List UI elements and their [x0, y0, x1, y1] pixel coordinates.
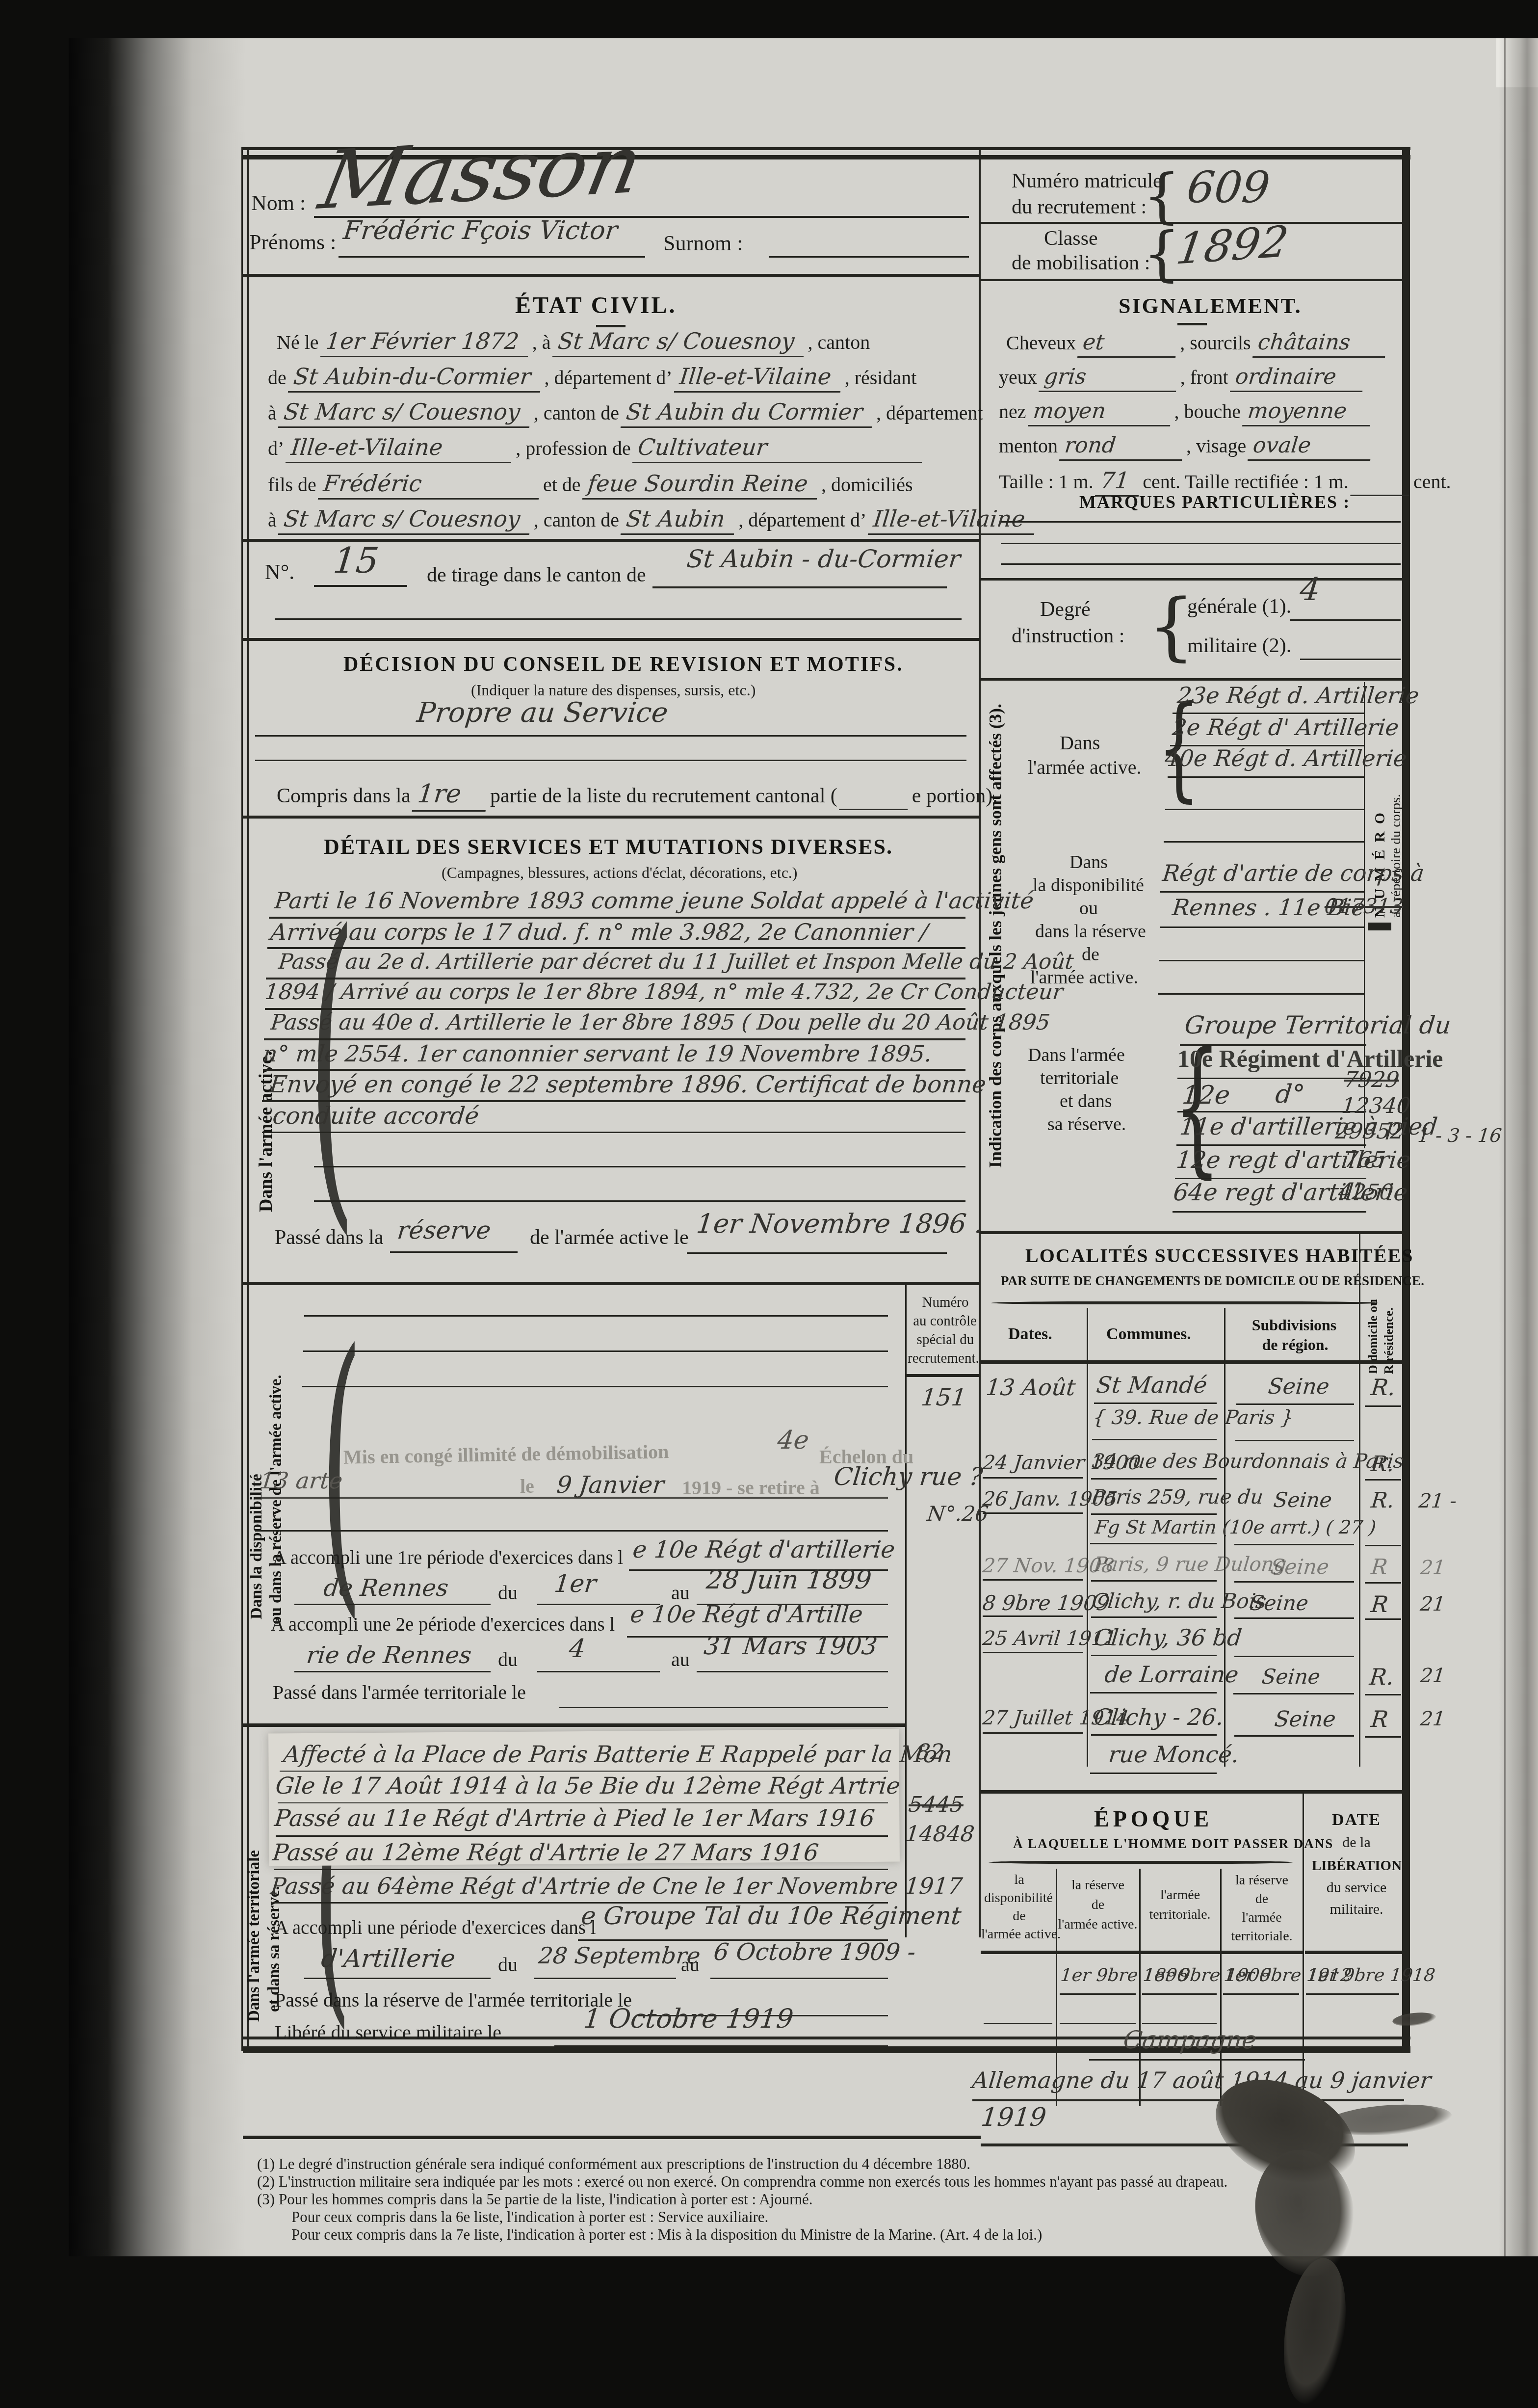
controle-5445: 5445	[907, 1792, 965, 1817]
localites-title: LOCALITÉS SUCCESSIVES HABITÉES	[1025, 1244, 1413, 1267]
degre-label1: Degré	[1040, 598, 1091, 621]
terr-le-label: Passé dans l'armée territoriale le	[273, 1681, 526, 1704]
controle-h2: au contrôle	[911, 1313, 979, 1329]
loc-r7-margin: 21	[1419, 1708, 1447, 1730]
classe-label2: de mobilisation :	[1012, 251, 1150, 275]
rule-line	[1177, 1078, 1366, 1079]
matricule-label: Numéro matricule	[1012, 169, 1162, 193]
indication-corps-vlabel: Indication des corps auxquels les jeunes…	[985, 687, 1006, 1168]
col-subdiv2: de région.	[1246, 1336, 1344, 1354]
ep-c1b: disponibilité	[981, 1890, 1056, 1906]
rule-line	[652, 586, 947, 588]
rule-line	[1223, 1993, 1299, 1995]
ep-c1c: de	[986, 1908, 1052, 1924]
ornament-brace	[989, 1861, 1293, 1864]
ep-c4a: la réserve	[1223, 1873, 1301, 1888]
rule-line	[1001, 521, 1401, 523]
services-l6: n° mle 2554. 1er canonnier servant le 19…	[261, 1040, 933, 1067]
rule-line	[905, 1374, 979, 1377]
loc-r7-addr: rue Moncé.	[1107, 1741, 1240, 1768]
controle-n26: N°.26	[926, 1502, 990, 1526]
controle-151: 151	[920, 1384, 968, 1411]
loc-r2-commune: 34 rue des Bourdonnais à Paris	[1091, 1450, 1405, 1473]
signalement-line: Cheveuxet, sourcilschâtains	[1003, 330, 1386, 358]
rule-line	[1091, 1655, 1217, 1656]
corps-terr-e1: Groupe Territorial du	[1183, 1011, 1453, 1039]
loc-r2-dr: R.	[1370, 1452, 1395, 1477]
rule-line	[243, 1282, 979, 1285]
prenoms-label: Prénoms :	[249, 230, 336, 255]
rule-line	[1290, 619, 1401, 621]
terr-vlabel1: Dans l'armée territoriale	[245, 1747, 263, 2022]
rule-line	[1094, 1402, 1217, 1404]
ep-c1a: la	[986, 1872, 1052, 1888]
rule-line	[255, 1530, 888, 1532]
loc-r7-subdiv: Seine	[1273, 1707, 1337, 1732]
loc-r7-dr: R	[1370, 1706, 1389, 1732]
col-dr1: D domicile ou	[1366, 1237, 1381, 1374]
rule-line	[1173, 1211, 1366, 1213]
prenoms-value: Frédéric Fçois Victor	[342, 216, 619, 245]
brace: {	[1143, 220, 1180, 288]
periode1-value: e 10e Régt d'artillerie	[631, 1536, 896, 1563]
rule-line	[255, 760, 966, 761]
loc-r6-margin: 21	[1419, 1665, 1447, 1687]
ink-blot	[1276, 2254, 1355, 2408]
au-label: au	[671, 1648, 690, 1671]
passe-reserve-label1: Passé dans la	[275, 1226, 384, 1249]
terr-s2: Gle le 17 Août 1914 à la 5e Bie du 12ème…	[274, 1773, 901, 1799]
periode1-lieu: de Rennes	[322, 1574, 450, 1602]
epoque-title: ÉPOQUE	[1094, 1806, 1213, 1832]
ep-c3b: territoriale.	[1141, 1907, 1219, 1923]
rule-line	[1365, 1479, 1401, 1481]
rule-line	[983, 1732, 1083, 1734]
decision-title: DÉCISION DU CONSEIL DE REVISION ET MOTIF…	[343, 653, 904, 676]
loc-r6-dr: R.	[1368, 1664, 1395, 1690]
col-dates: Dates.	[1008, 1325, 1052, 1344]
signalement-line: nezmoyen, bouchemoyenne	[996, 398, 1371, 426]
dispo-vlabel1: Dans la disponibilité	[247, 1296, 266, 1619]
rule-line	[1234, 1544, 1354, 1545]
loc-r5-margin: 21	[1419, 1593, 1447, 1615]
terr-periode-suite: d'Artillerie	[320, 1944, 457, 1973]
rule-line	[1234, 1656, 1354, 1657]
rule-line	[275, 618, 962, 620]
table-vline	[1087, 1308, 1088, 1767]
rule-line	[1233, 1693, 1354, 1694]
signalement-title: SIGNALEMENT.	[1119, 293, 1302, 318]
corps-terr-e3b: d°	[1274, 1080, 1306, 1109]
rule-line	[983, 1477, 1083, 1479]
campagne-value: Campagne	[1122, 2026, 1258, 2054]
tirage-no-value: 15	[332, 540, 381, 581]
corps-terr-e2-stamp: 10e Régiment d'Artillerie	[1177, 1044, 1443, 1073]
services-title: DÉTAIL DES SERVICES ET MUTATIONS DIVERSE…	[324, 834, 893, 859]
rule-line	[983, 1615, 1083, 1617]
rule-line	[984, 2023, 1052, 2024]
terr-periode-label: A accompli une période d'exercices dans …	[275, 1917, 596, 1939]
rule-line	[1158, 993, 1364, 995]
degre-label2: d'instruction :	[1012, 624, 1124, 648]
rule-line	[294, 1671, 491, 1672]
controle-82: 82	[915, 1740, 945, 1765]
loc-r1-dr: R.	[1370, 1374, 1397, 1401]
ep-c2b: de	[1059, 1897, 1137, 1913]
rule-line	[294, 1604, 491, 1605]
rule-line	[304, 1978, 491, 1979]
rule-line	[1160, 926, 1364, 928]
corps-active-e1: 23e Régt d. Artillerie	[1176, 682, 1420, 709]
loc-r5-subdiv: Seine	[1249, 1591, 1309, 1615]
rule-line	[1234, 1735, 1354, 1737]
loc-r1-commune: St Mandé	[1095, 1372, 1208, 1398]
periode2-lieu: rie de Rennes	[305, 1641, 473, 1669]
loc-r6-addr: de Lorraine	[1103, 1661, 1240, 1688]
rule-line	[1176, 1144, 1366, 1146]
book-gutter-shadow	[69, 38, 245, 2256]
rule-line	[983, 1579, 1083, 1581]
controle-14848: 14848	[904, 1822, 975, 1847]
nom-label: Nom :	[251, 190, 306, 215]
ep-c3a: l'armée	[1142, 1887, 1218, 1903]
terr-periode-value: e Groupe Tal du 10e Régiment	[580, 1902, 963, 1930]
tirage-no-label: N°.	[265, 559, 294, 584]
rule-line	[1091, 1513, 1217, 1515]
passe-reserve-label2: de l'armée active le	[530, 1226, 689, 1249]
signalement-line: yeuxgris, frontordinaire	[996, 364, 1364, 392]
footnote-3: (3) Pour les hommes compris dans la 5e p…	[257, 2191, 813, 2208]
rule-line	[981, 678, 1402, 681]
loc-r1-date: 13 Août	[985, 1374, 1077, 1401]
rule-line	[1236, 1403, 1354, 1405]
rule-line	[243, 638, 979, 641]
rule-line	[243, 1723, 905, 1727]
loc-r4-subdiv: Seine	[1269, 1555, 1330, 1579]
etat-civil-line: àSt Marc s/ Couesnoy, canton deSt Aubin,…	[265, 505, 1036, 535]
loc-r4-margin: 21	[1419, 1557, 1447, 1579]
loc-r3-dr: R.	[1370, 1488, 1395, 1513]
footnote-2: (2) L'instruction militaire sera indiqué…	[257, 2173, 1227, 2191]
rule-line	[1091, 1616, 1217, 1618]
rule-line	[534, 1978, 676, 1979]
degre-generale: générale (1).	[1187, 595, 1291, 618]
date-lib-1: DATE	[1325, 1811, 1388, 1829]
rule-line	[981, 578, 1402, 581]
services-l2: Arrivé au corps le 17 dud. f. n° mle 3.9…	[269, 919, 929, 945]
corps-active-label2: l'armée active.	[1028, 756, 1142, 779]
terr-periode-au: 6 Octobre 1909 -	[712, 1938, 917, 1966]
rule-line	[769, 256, 969, 258]
terr-s5: Passé au 64ème Régt d'Artrie de Cne le 1…	[269, 1873, 964, 1899]
corps-terr-label2: territoriale	[1040, 1067, 1119, 1089]
loc-r5-commune: Clichy, r. du Bois	[1091, 1589, 1267, 1613]
rule-line	[1060, 1993, 1136, 1995]
terr-res-label: Passé dans la réserve de l'armée territo…	[275, 1988, 632, 2011]
corps-terr-label4: sa réserve.	[1047, 1113, 1126, 1135]
corps-dispo-e1: Régt d'artie de corps à	[1161, 860, 1425, 886]
dispo-vlabel2: ou dans la réserve de l'armée active.	[267, 1291, 286, 1624]
etat-civil-title: ÉTAT CIVIL.	[515, 292, 677, 319]
tirage-text: de tirage dans le canton de	[427, 563, 646, 587]
rule-line	[255, 735, 966, 737]
corps-dispo-label3: ou	[1079, 898, 1098, 919]
services-l7: Envoyé en congé le 22 septembre 1896. Ce…	[268, 1071, 988, 1098]
loc-r3-addr: Fg St Martin (10e arrt.) ( 27 )	[1094, 1516, 1378, 1538]
rule-line	[302, 1386, 888, 1387]
classe-label: Classe	[1044, 227, 1098, 250]
rule-line	[596, 325, 626, 327]
rule-line	[1177, 1111, 1366, 1112]
rule-line	[304, 1315, 888, 1317]
rule-line	[1168, 776, 1364, 778]
rule-line	[1142, 1993, 1217, 1995]
periode1-au: 28 Juin 1899	[705, 1565, 873, 1595]
rule-line	[981, 1360, 1408, 1364]
rule-line	[537, 1671, 660, 1672]
etat-civil-line: àSt Marc s/ Couesnoy, canton deSt Aubin …	[265, 398, 986, 428]
ep-c2c: l'armée active.	[1057, 1917, 1138, 1932]
libere-label: Libéré du service militaire le	[275, 2021, 501, 2044]
au-label: au	[681, 1953, 700, 1976]
rule-line	[981, 279, 1402, 281]
decision-value: Propre au Service	[416, 697, 670, 729]
matricule-value: 609	[1185, 162, 1273, 212]
classe-value: 1892	[1173, 216, 1291, 274]
rule-line	[981, 1231, 1408, 1234]
corps-dispo-num: 017313	[1323, 894, 1404, 918]
periode2-au: 31 Mars 1903	[703, 1632, 879, 1660]
campagne-1919: 1919	[980, 2103, 1048, 2132]
rule-line	[1060, 2023, 1136, 2024]
rule-line	[972, 2099, 1404, 2101]
ep-c1d: l'armée active.	[981, 1927, 1056, 1942]
loc-r1-subdiv: Seine	[1267, 1374, 1330, 1399]
loc-r4-dr: R	[1370, 1555, 1389, 1580]
ornament-brace	[991, 1301, 1379, 1304]
rule-line	[390, 1251, 518, 1253]
rule-line	[1306, 1993, 1399, 1995]
rule-line	[276, 1835, 888, 1837]
degre-militaire: militaire (2).	[1187, 634, 1291, 658]
col-subdiv: Subdivisions	[1240, 1316, 1348, 1334]
ep-v5: 1er 9bre 1918	[1306, 1965, 1436, 1985]
du-label: du	[498, 1648, 518, 1671]
rule-line	[280, 1771, 888, 1772]
rule-line	[981, 1790, 1408, 1794]
periode2-label: A accompli une 2e période d'exercices da…	[271, 1614, 615, 1636]
services-l8: conduite accordé	[271, 1102, 480, 1130]
rule-line	[262, 1132, 965, 1133]
rule-line	[314, 1166, 965, 1167]
services-l5: Passé au 40e d. Artillerie le 1er 8bre 1…	[269, 1010, 1051, 1035]
rule-line	[983, 1652, 1083, 1653]
rule-line	[1090, 1692, 1217, 1694]
rule-line	[243, 2136, 981, 2139]
loc-r6-commune: Clichy, 36 bd	[1093, 1624, 1243, 1651]
ep-c4d: territoriale.	[1222, 1929, 1302, 1944]
rule-line	[1234, 1581, 1354, 1583]
etat-civil-line: Né le1er Février 1872, àSt Marc s/ Coues…	[274, 328, 873, 357]
libere-value: 1 Octobre 1919	[582, 2003, 795, 2034]
rule-line	[1164, 841, 1364, 843]
ep-c4c: l'armée	[1223, 1910, 1301, 1926]
rule-line	[267, 947, 965, 949]
services-l3: Passé au 2e d. Artillerie par décret du …	[277, 950, 1075, 974]
footnote-4: Pour ceux compris dans la 6e liste, l'in…	[291, 2208, 768, 2226]
rule-line	[1090, 1543, 1217, 1544]
corps-active-label1: Dans	[1060, 731, 1100, 754]
controle-h1: Numéro	[913, 1295, 977, 1311]
page-edge-line	[1504, 38, 1506, 2256]
rule-line	[697, 1671, 888, 1672]
nom-value: Masson	[313, 117, 650, 227]
rule-line	[687, 1252, 947, 1254]
corps-terr-e3: 12e	[1181, 1081, 1231, 1110]
compris-line: Compris dans la1repartie de la liste du …	[274, 779, 1001, 812]
col-communes: Communes.	[1106, 1325, 1191, 1344]
date-lib-4: du service	[1320, 1879, 1393, 1896]
rule-line	[554, 2045, 888, 2047]
corps-active-e3: 40e Régt d. Artillerie	[1164, 745, 1408, 771]
col-dr2: R résidence.	[1382, 1237, 1396, 1374]
rule-line	[1091, 1734, 1217, 1736]
date-lib-5: militaire.	[1320, 1901, 1393, 1918]
rule-line	[1159, 960, 1364, 961]
rule-line	[314, 585, 407, 587]
rule-line	[710, 1978, 888, 1979]
services-l1: Parti le 16 Novembre 1893 comme jeune So…	[273, 887, 1035, 914]
loc-r5-dr: R	[1370, 1591, 1389, 1617]
rule-line	[339, 256, 645, 258]
ep-c2a: la réserve	[1059, 1878, 1137, 1893]
rule-line	[1305, 1951, 1402, 1954]
du-label: du	[498, 1581, 518, 1604]
ink-mark	[1368, 923, 1391, 930]
terr-periode-du: 28 Septembre	[537, 1942, 702, 1969]
rule-line	[559, 1707, 888, 1708]
periode1-label: A accompli une 1re période d'exercices d…	[273, 1547, 623, 1569]
controle-h3: spécial du	[912, 1332, 979, 1348]
etat-civil-line: fils deFrédéricet defeue Sourdin Reine, …	[265, 470, 916, 500]
rule-line	[278, 1802, 888, 1803]
rule-line	[1089, 2059, 1305, 2061]
etat-civil-line: d’Ille-et-Vilaine, profession deCultivat…	[265, 434, 923, 463]
du-label: du	[498, 1953, 518, 1976]
corps-dispo-label: Dans	[1069, 851, 1108, 873]
controle-h4: recrutement.	[908, 1350, 979, 1367]
rule-line	[1091, 1580, 1217, 1582]
matricule-label2: du recrutement :	[1012, 195, 1147, 219]
passe-reserve-value2: 1er Novembre 1896 .	[695, 1208, 985, 1239]
services-l4: 1894 / Arrivé au corps le 1er 8bre 1894,…	[263, 979, 1064, 1005]
corps-terr-n5: 4250	[1337, 1180, 1394, 1205]
campagne-allemagne: Allemagne du 17 août 1914 au 9 janvier	[971, 2067, 1433, 2093]
terr-s4: Passé au 12ème Régt d'Artrie le 27 Mars …	[271, 1839, 820, 1866]
border-left-outer	[241, 147, 243, 2051]
rule-line	[981, 1951, 1303, 1954]
rule-line	[1177, 323, 1207, 325]
tirage-canton: St Aubin - du-Cormier	[685, 545, 962, 573]
loc-r4-commune: Paris, 9 rue Dulong	[1093, 1553, 1288, 1576]
rule-line	[1092, 1439, 1217, 1440]
rule-line	[1365, 1405, 1401, 1407]
date-lib-3: LIBÉRATION	[1309, 1858, 1405, 1874]
corps-terr-n4: 765	[1343, 1147, 1386, 1172]
margin-note: 1 - 3 - 16	[1417, 1125, 1503, 1146]
epoque-subtitle: À LAQUELLE L'HOMME DOIT PASSER DANS	[1013, 1836, 1333, 1852]
marques-label: MARQUES PARTICULIÈRES :	[1079, 492, 1350, 512]
rule-line	[1365, 1545, 1401, 1546]
corps-terr-label1: Dans l'armée	[1028, 1044, 1125, 1066]
rule-line	[1235, 1440, 1354, 1441]
stamp-clichy: Clichy rue ?	[833, 1462, 984, 1491]
corps-terr-n1: 7929	[1343, 1067, 1400, 1092]
rule-line	[983, 1512, 1083, 1514]
rule-line	[1001, 543, 1401, 544]
terr-s1: Affecté à la Place de Paris Batterie E R…	[282, 1741, 954, 1768]
corps-terr-n3: 29352	[1334, 1119, 1405, 1144]
rule-line	[1142, 2023, 1217, 2024]
rule-line	[314, 1200, 965, 1202]
table-vline	[1359, 1231, 1360, 1767]
localites-subtitle: PAR SUITE DE CHANGEMENTS DE DOMICILE OU …	[1001, 1273, 1424, 1289]
rule-line	[1234, 1617, 1354, 1619]
stamp-date: 9 Janvier	[555, 1471, 665, 1499]
periode1-du: 1er	[553, 1569, 598, 1598]
signalement-line: mentonrond, visageovale	[996, 433, 1372, 461]
loc-r1-addr: { 39. Rue de Paris }	[1092, 1406, 1295, 1429]
terr-s3: Passé au 11e Régt d'Artrie à Pied le 1er…	[273, 1805, 876, 1832]
stamp-13-art: 13 arte	[259, 1467, 344, 1494]
loc-r7-commune: Clichy - 26.	[1093, 1704, 1225, 1730]
corps-dispo-label5: de	[1082, 944, 1099, 965]
rule-line	[1165, 809, 1364, 810]
rule-line	[243, 816, 979, 819]
stamp-1919: 1919 - se retire à	[682, 1476, 820, 1499]
etat-civil-line: deSt Aubin-du-Cormier, département d’Ill…	[265, 363, 919, 393]
corps-terr-label3: et dans	[1060, 1090, 1112, 1112]
rule-line	[1365, 1694, 1401, 1695]
rule-line	[1300, 659, 1401, 660]
periode2-du: 4	[568, 1634, 587, 1664]
passe-reserve-value1: réserve	[396, 1216, 493, 1244]
surnom-label: Surnom :	[663, 231, 743, 256]
rule-line	[1001, 563, 1401, 565]
loc-r3-subdiv: Seine	[1272, 1488, 1333, 1512]
corps-active-e2: 2e Régt d' Artillerie	[1171, 714, 1400, 741]
footnote-1: (1) Le degré d'instruction générale sera…	[257, 2155, 970, 2173]
rule-line	[303, 1350, 888, 1352]
rule-line	[1090, 1773, 1217, 1774]
ep-c4b: de	[1223, 1891, 1301, 1907]
services-subtitle: (Campagnes, blessures, actions d'éclat, …	[442, 864, 798, 882]
rule-line	[1091, 1478, 1217, 1480]
rule-line	[1365, 1618, 1401, 1620]
stamp-conge-echelon-no: 4e	[776, 1426, 810, 1455]
corps-dispo-label4: dans la réserve	[1035, 921, 1146, 942]
corps-dispo-label2: la disponibilité	[1033, 874, 1144, 896]
loc-r6-subdiv: Seine	[1260, 1665, 1321, 1689]
loc-r3-margin: 21 -	[1418, 1490, 1458, 1512]
stamp-le: le	[520, 1475, 534, 1498]
footnote-5: Pour ceux compris dans la 7e liste, l'in…	[291, 2226, 1042, 2244]
rule-line	[1160, 891, 1364, 893]
rule-line	[1365, 1582, 1401, 1584]
periode2-value: e 10e Régt d'Artille	[629, 1601, 864, 1628]
rule-line	[274, 1869, 888, 1870]
rule-line	[1365, 1736, 1401, 1738]
